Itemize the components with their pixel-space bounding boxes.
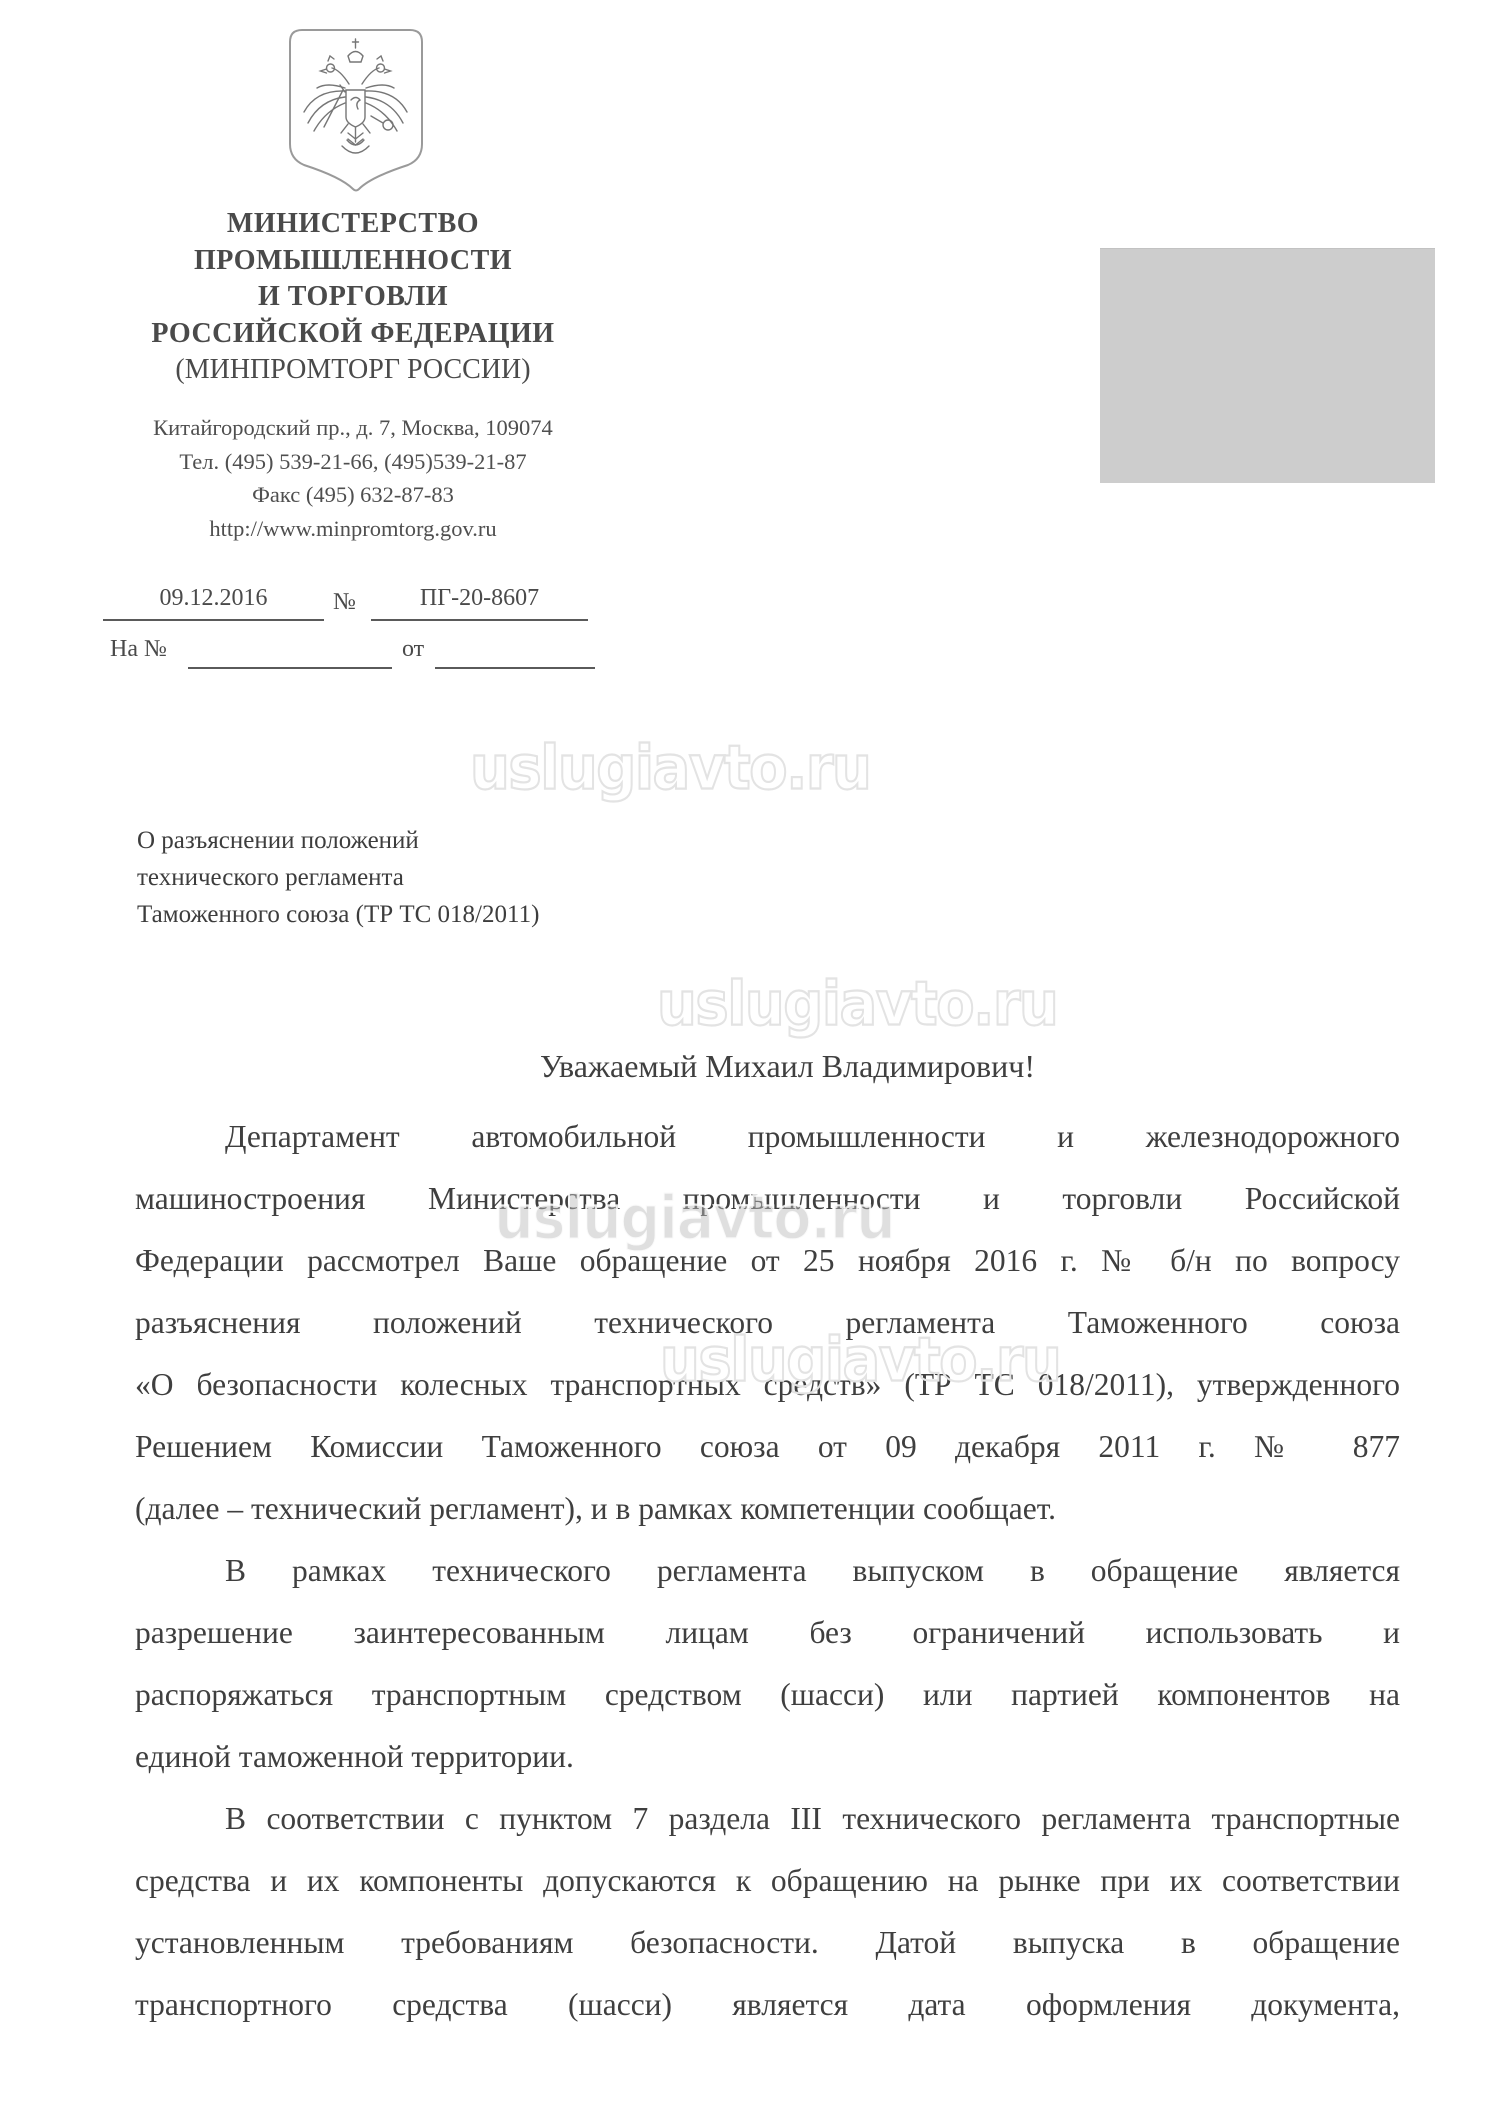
coat-of-arms-icon (287, 28, 425, 192)
reply-date-blank (435, 633, 595, 669)
body-line: (далее – технический регламент), и в рам… (135, 1478, 1400, 1540)
subject-line: технического регламента (137, 859, 777, 896)
ministry-name-line: И ТОРГОВЛИ (93, 279, 613, 316)
body-line: В соответствии с пунктом 7 раздела III т… (135, 1788, 1400, 1850)
subject-line: О разъяснении положений (137, 822, 777, 859)
scan-artifact-box (1100, 248, 1435, 483)
watermark: uslugiavto.ru (470, 733, 870, 803)
body-line: Решением Комиссии Таможенного союза от 0… (135, 1416, 1400, 1478)
reply-date-label: от (402, 636, 424, 663)
phone-line: Тел. (495) 539-21-66, (495)539-21-87 (93, 445, 613, 479)
body-line: единой таможенной территории. (135, 1726, 1400, 1788)
address-line: Китайгородский пр., д. 7, Москва, 109074 (93, 411, 613, 445)
reply-number-label: На № (110, 636, 167, 663)
ministry-name-line: РОССИЙСКОЙ ФЕДЕРАЦИИ (93, 316, 613, 353)
fax-line: Факс (495) 632-87-83 (93, 478, 613, 512)
ministry-name-line: ПРОМЫШЛЕННОСТИ (93, 243, 613, 280)
salutation: Уважаемый Михаил Владимирович! (135, 1048, 1400, 1085)
watermark: uslugiavto.ru (660, 1325, 1060, 1395)
ministry-short-name: (МИНПРОМТОРГ РОССИИ) (93, 352, 613, 389)
body-line: распоряжаться транспортным средством (ша… (135, 1664, 1400, 1726)
subject-block: О разъяснении положений технического рег… (137, 822, 777, 933)
ministry-name: МИНИСТЕРСТВО ПРОМЫШЛЕННОСТИ И ТОРГОВЛИ Р… (93, 206, 613, 389)
contact-block: Китайгородский пр., д. 7, Москва, 109074… (93, 411, 613, 545)
subject-line: Таможенного союза (ТР ТС 018/2011) (137, 896, 777, 933)
outgoing-number-field: ПГ-20-8607 (371, 585, 588, 621)
website-line: http://www.minpromtorg.gov.ru (93, 512, 613, 546)
body-line: средства и их компоненты допускаются к о… (135, 1850, 1400, 1912)
body-line: Департамент автомобильной промышленности… (135, 1106, 1400, 1168)
body-line: установленным требованиям безопасности. … (135, 1912, 1400, 1974)
scanned-letter-page: МИНИСТЕРСТВО ПРОМЫШЛЕННОСТИ И ТОРГОВЛИ Р… (0, 0, 1489, 2105)
watermark: uslugiavto.ru (494, 1183, 894, 1253)
body-line: В рамках технического регламента выпуско… (135, 1540, 1400, 1602)
reply-number-blank (188, 633, 392, 669)
number-sign-label: № (333, 589, 356, 616)
outgoing-date-field: 09.12.2016 (103, 585, 324, 621)
body-line: транспортного средства (шасси) является … (135, 1974, 1400, 2036)
ministry-name-line: МИНИСТЕРСТВО (93, 206, 613, 243)
watermark: uslugiavto.ru (657, 969, 1057, 1039)
body-line: разрешение заинтересованным лицам без ог… (135, 1602, 1400, 1664)
